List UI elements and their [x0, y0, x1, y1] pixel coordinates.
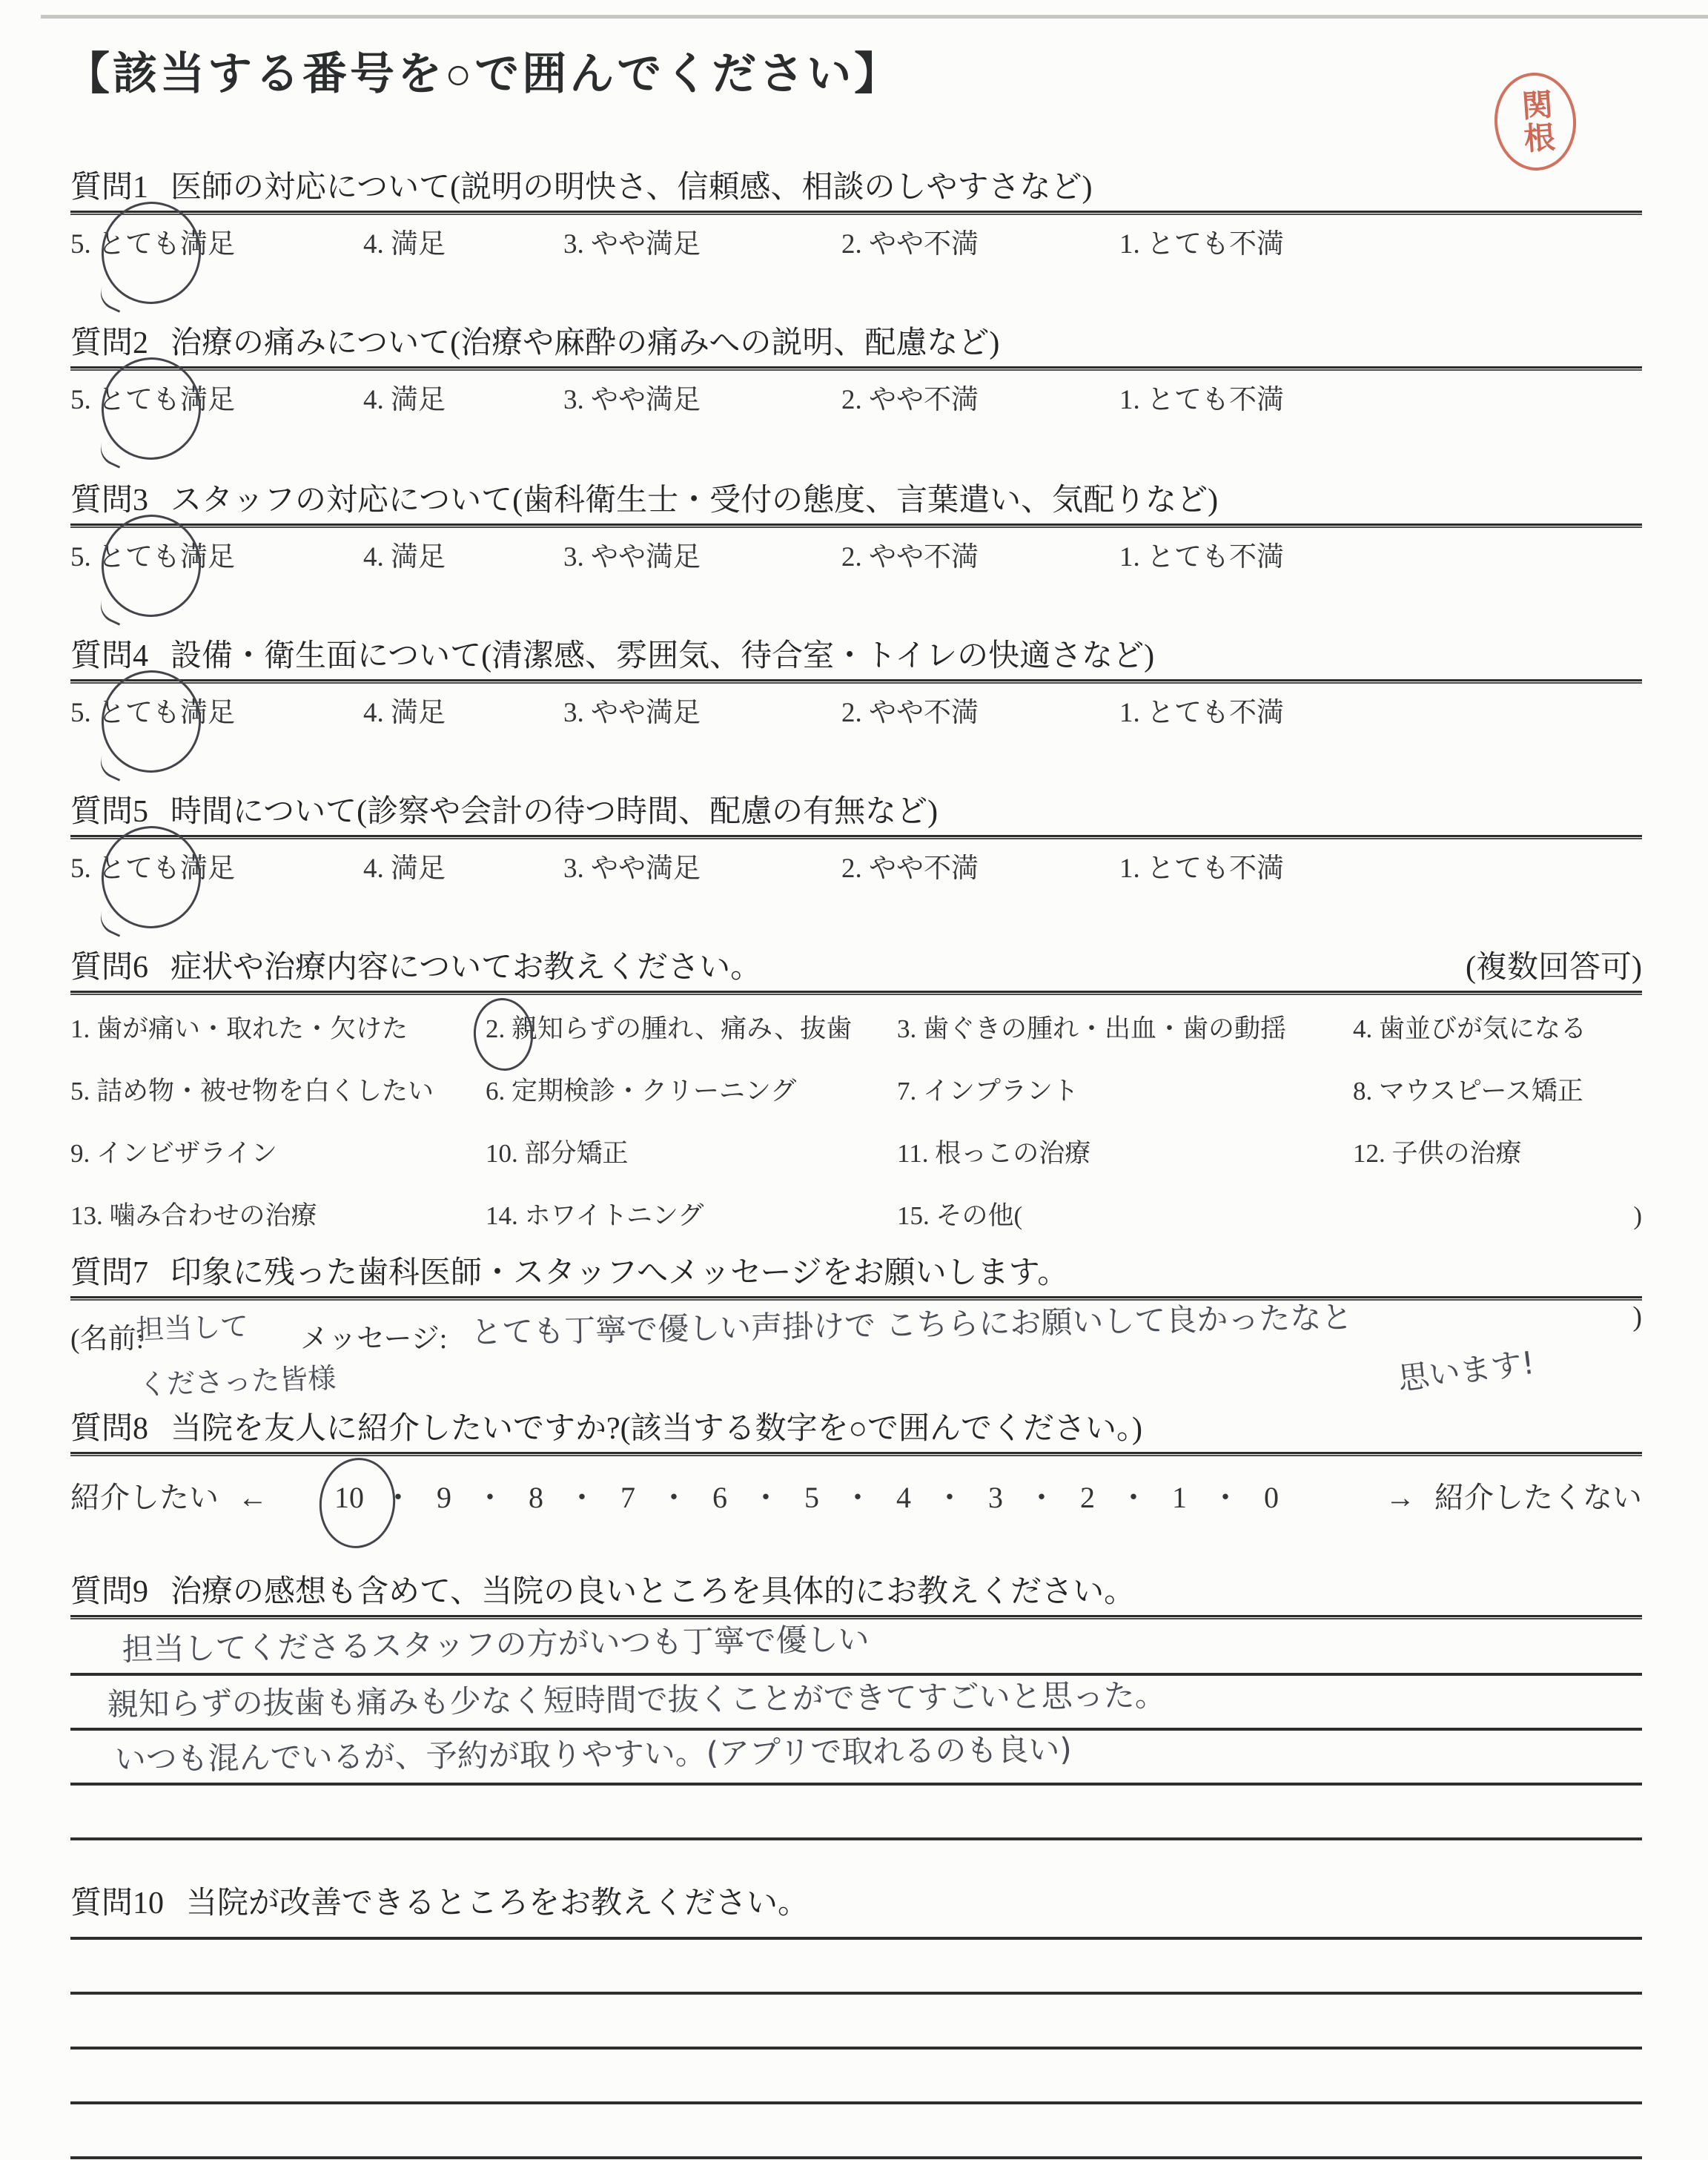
question-title: 治療の痛みについて(治療や麻酔の痛みへの説明、配慮など): [171, 325, 999, 362]
rating-option-1: 1. とても不満: [1119, 853, 1642, 885]
recommend-left-label: 紹介したい: [70, 1474, 219, 1516]
rating-option-3: 3. やや満足: [563, 853, 841, 885]
right-arrow: →: [1386, 1480, 1415, 1515]
symptom-item-6: 6. 定期検診・クリーニング: [486, 1077, 897, 1106]
handwritten-answer-3: いつも混んでいるが、予約が取りやすい。(アプリで取れるのも良い): [114, 1725, 1072, 1780]
rating-option-1: 1. とても不満: [1119, 541, 1642, 574]
question-3: 質問3 スタッフの対応について(歯科衛生士・受付の態度、言葉遣い、気配りなど) …: [70, 482, 1642, 574]
handwritten-message-line1: とても丁寧で優しい声掛けで こちらにお願いして良かったなと: [471, 1293, 1353, 1353]
rating-option-label: 5. とても満足: [70, 385, 235, 415]
rating-option-5: 5. とても満足: [70, 697, 363, 730]
question-label: 質問5: [70, 793, 148, 830]
name-prefix-label: (名前:: [70, 1315, 144, 1356]
scale-number-10: 10: [334, 1480, 364, 1515]
header-rule: [70, 1452, 1642, 1456]
symptom-item-14: 14. ホワイトニング: [486, 1201, 897, 1231]
question-10: 質問10 当院が改善できるところをお教えください。: [70, 1885, 1642, 2159]
rating-option-5: 5. とても満足: [70, 384, 363, 417]
question-4-header: 質問4 設備・衛生面について(清潔感、雰囲気、待合室・トイレの快適さなど): [70, 638, 1642, 675]
rating-options: 5. とても満足 4. 満足 3. やや満足 2. やや不満 1. とても不満: [70, 697, 1642, 730]
question-label: 質問2: [70, 325, 148, 362]
answer-line: いつも混んでいるが、予約が取りやすい。(アプリで取れるのも良い): [70, 1731, 1642, 1786]
answer-line: [70, 2104, 1642, 2159]
rating-option-4: 4. 満足: [363, 853, 563, 885]
symptom-item-7: 7. インプラント: [897, 1077, 1353, 1106]
header-rule: [70, 835, 1642, 839]
question-9-header: 質問9 治療の感想も含めて、当院の良いところを具体的にお教えください。: [70, 1573, 1642, 1611]
rating-option-1: 1. とても不満: [1119, 228, 1642, 261]
question-label: 質問7: [70, 1255, 148, 1292]
question-label: 質問4: [70, 638, 148, 675]
question-title: 時間について(診察や会計の待つ時間、配慮の有無など): [171, 793, 938, 830]
closing-paren: ): [1632, 1301, 1642, 1333]
header-rule: [70, 211, 1642, 215]
symptom-item-8: 8. マウスピース矯正: [1353, 1077, 1642, 1106]
question-label: 質問8: [70, 1410, 148, 1447]
symptom-item-15: 15. その他(: [897, 1201, 1353, 1231]
rating-option-2: 2. やや不満: [841, 228, 1119, 261]
answer-line: [70, 1786, 1642, 1840]
rating-option-3: 3. やや満足: [563, 384, 841, 417]
question-8-header: 質問8 当院を友人に紹介したいですか?(該当する数字を○で囲んでください。): [70, 1410, 1642, 1447]
question-label: 質問3: [70, 482, 148, 519]
question-7-header: 質問7 印象に残った歯科医師・スタッフへメッセージをお願いします。: [70, 1255, 1642, 1292]
rating-option-3: 3. やや満足: [563, 697, 841, 730]
rating-option-5: 5. とても満足: [70, 853, 363, 885]
scale-number-10-label: 10: [334, 1481, 364, 1514]
answer-line: 担当してくださるスタッフの方がいつも丁寧で優しい: [70, 1619, 1642, 1676]
question-title: 当院が改善できるところをお教えください。: [186, 1885, 809, 1922]
multiple-answers-note: (複数回答可): [1466, 949, 1642, 986]
symptom-item-12: 12. 子供の治療: [1353, 1139, 1642, 1169]
rating-options: 5. とても満足 4. 満足 3. やや満足 2. やや不満 1. とても不満: [70, 228, 1642, 261]
rating-option-label: 5. とても満足: [70, 698, 235, 728]
symptom-item-2: 2. 親知らずの腫れ、痛み、抜歯: [486, 1014, 897, 1044]
answer-line: [70, 2050, 1642, 2104]
handwritten-name-line2: くださった皆様: [138, 1355, 337, 1402]
question-title: 症状や治療内容についてお教えください。: [171, 949, 761, 986]
question-title: 印象に残った歯科医師・スタッフへメッセージをお願いします。: [171, 1255, 1068, 1292]
other-close-paren: ): [1353, 1201, 1642, 1231]
question-title: 設備・衛生面について(清潔感、雰囲気、待合室・トイレの快適さなど): [171, 638, 1154, 675]
rating-option-2: 2. やや不満: [841, 384, 1119, 417]
symptom-item-5: 5. 詰め物・被せ物を白くしたい: [70, 1077, 486, 1106]
rating-option-4: 4. 満足: [363, 541, 563, 574]
rating-option-label: 5. とても満足: [70, 542, 235, 572]
symptom-item-11: 11. 根っこの治療: [897, 1139, 1353, 1169]
rating-options: 5. とても満足 4. 満足 3. やや満足 2. やや不満 1. とても不満: [70, 384, 1642, 417]
question-title: 医師の対応について(説明の明快さ、信頼感、相談のしやすさなど): [171, 169, 1092, 206]
survey-page: 【該当する番号を○で囲んでください】 関根 質問1 医師の対応について(説明の明…: [0, 0, 1708, 2160]
symptom-item-9: 9. インビザライン: [70, 1139, 486, 1169]
answer-line: [70, 1922, 1642, 1940]
recommend-scale: 紹介したい ← 10 ・ 9 ・ 8 ・ 7 ・ 6 ・ 5 ・ 4 ・ 3 ・…: [70, 1474, 1642, 1516]
rating-option-label: 5. とても満足: [70, 853, 235, 884]
handwritten-answer-2: 親知らずの抜歯も痛みも少なく短時間で抜くことができてすごいと思った。: [107, 1671, 1165, 1725]
question-1-header: 質問1 医師の対応について(説明の明快さ、信頼感、相談のしやすさなど): [70, 169, 1642, 206]
rating-option-5: 5. とても満足: [70, 541, 363, 574]
question-title: 治療の感想も含めて、当院の良いところを具体的にお教えください。: [171, 1573, 1135, 1611]
rating-option-2: 2. やや不満: [841, 541, 1119, 574]
rating-option-1: 1. とても不満: [1119, 384, 1642, 417]
question-title: スタッフの対応について(歯科衛生士・受付の態度、言葉遣い、気配りなど): [171, 482, 1218, 519]
rating-option-label: 5. とても満足: [70, 229, 235, 260]
message-prefix-label: メッセージ:: [300, 1315, 447, 1356]
symptom-item-3: 3. 歯ぐきの腫れ・出血・歯の動揺: [897, 1014, 1353, 1044]
header-rule: [70, 679, 1642, 684]
rating-option-2: 2. やや不満: [841, 697, 1119, 730]
symptom-item-4: 4. 歯並びが気になる: [1353, 1014, 1642, 1044]
question-8: 質問8 当院を友人に紹介したいですか?(該当する数字を○で囲んでください。) 紹…: [70, 1410, 1642, 1516]
header-rule: [70, 524, 1642, 528]
hanko-stamp: 関根: [1492, 70, 1580, 173]
rating-option-1: 1. とても不満: [1119, 697, 1642, 730]
rating-options: 5. とても満足 4. 満足 3. やや満足 2. やや不満 1. とても不満: [70, 853, 1642, 885]
hanko-stamp-text: 関根: [1516, 87, 1555, 155]
question-2-header: 質問2 治療の痛みについて(治療や麻酔の痛みへの説明、配慮など): [70, 325, 1642, 362]
rating-option-4: 4. 満足: [363, 228, 563, 261]
question-6: 質問6 症状や治療内容についてお教えください。 (複数回答可) 1. 歯が痛い・…: [70, 949, 1642, 1231]
answer-line: [70, 1940, 1642, 1995]
symptom-items: 1. 歯が痛い・取れた・欠けた 2. 親知らずの腫れ、痛み、抜歯 3. 歯ぐきの…: [70, 1014, 1642, 1231]
rating-option-3: 3. やや満足: [563, 228, 841, 261]
left-arrow: ←: [238, 1480, 268, 1515]
question-4: 質問4 設備・衛生面について(清潔感、雰囲気、待合室・トイレの快適さなど) 5.…: [70, 638, 1642, 730]
handwritten-answer-1: 担当してくださるスタッフの方がいつも丁寧で優しい: [122, 1615, 870, 1670]
question-label: 質問10: [70, 1885, 164, 1922]
question-5-header: 質問5 時間について(診察や会計の待つ時間、配慮の有無など): [70, 793, 1642, 830]
question-5: 質問5 時間について(診察や会計の待つ時間、配慮の有無など) 5. とても満足 …: [70, 793, 1642, 885]
symptom-item-13: 13. 噛み合わせの治療: [70, 1201, 486, 1231]
page-title: 【該当する番号を○で囲んでください】: [65, 39, 901, 102]
question-1: 質問1 医師の対応について(説明の明快さ、信頼感、相談のしやすさなど) 5. と…: [70, 169, 1642, 261]
rating-option-4: 4. 満足: [363, 697, 563, 730]
symptom-item-label: 2. 親知らずの腫れ、痛み、抜歯: [486, 1014, 852, 1043]
question-2: 質問2 治療の痛みについて(治療や麻酔の痛みへの説明、配慮など) 5. とても満…: [70, 325, 1642, 417]
header-rule: [70, 366, 1642, 371]
question-label: 質問1: [70, 169, 148, 206]
rating-options: 5. とても満足 4. 満足 3. やや満足 2. やや不満 1. とても不満: [70, 541, 1642, 574]
question-label: 質問6: [70, 949, 148, 986]
header-rule: [70, 991, 1642, 995]
rating-option-4: 4. 満足: [363, 384, 563, 417]
answer-line: 親知らずの抜歯も痛みも少なく短時間で抜くことができてすごいと思った。: [70, 1676, 1642, 1731]
question-title: 当院を友人に紹介したいですか?(該当する数字を○で囲んでください。): [171, 1410, 1142, 1447]
question-label: 質問9: [70, 1573, 148, 1611]
question-6-header: 質問6 症状や治療内容についてお教えください。 (複数回答可): [70, 949, 1642, 986]
question-9: 質問9 治療の感想も含めて、当院の良いところを具体的にお教えください。 担当して…: [70, 1573, 1642, 1840]
symptom-item-10: 10. 部分矯正: [486, 1139, 897, 1169]
rating-option-3: 3. やや満足: [563, 541, 841, 574]
question-10-header: 質問10 当院が改善できるところをお教えください。: [70, 1885, 1642, 1922]
answer-line: [70, 1995, 1642, 2050]
handwritten-name-line1: 担当して: [135, 1303, 249, 1347]
recommend-right-label: 紹介したくない: [1434, 1474, 1642, 1516]
question-3-header: 質問3 スタッフの対応について(歯科衛生士・受付の態度、言葉遣い、気配りなど): [70, 482, 1642, 519]
rating-option-2: 2. やや不満: [841, 853, 1119, 885]
scale-numbers: ・ 9 ・ 8 ・ 7 ・ 6 ・ 5 ・ 4 ・ 3 ・ 2 ・ 1 ・ 0: [383, 1474, 1366, 1516]
rating-option-5: 5. とても満足: [70, 228, 363, 261]
handwritten-message-line2: 思います!: [1395, 1338, 1537, 1399]
symptom-item-1: 1. 歯が痛い・取れた・欠けた: [70, 1014, 486, 1044]
scan-artifact-line: [41, 15, 1708, 19]
